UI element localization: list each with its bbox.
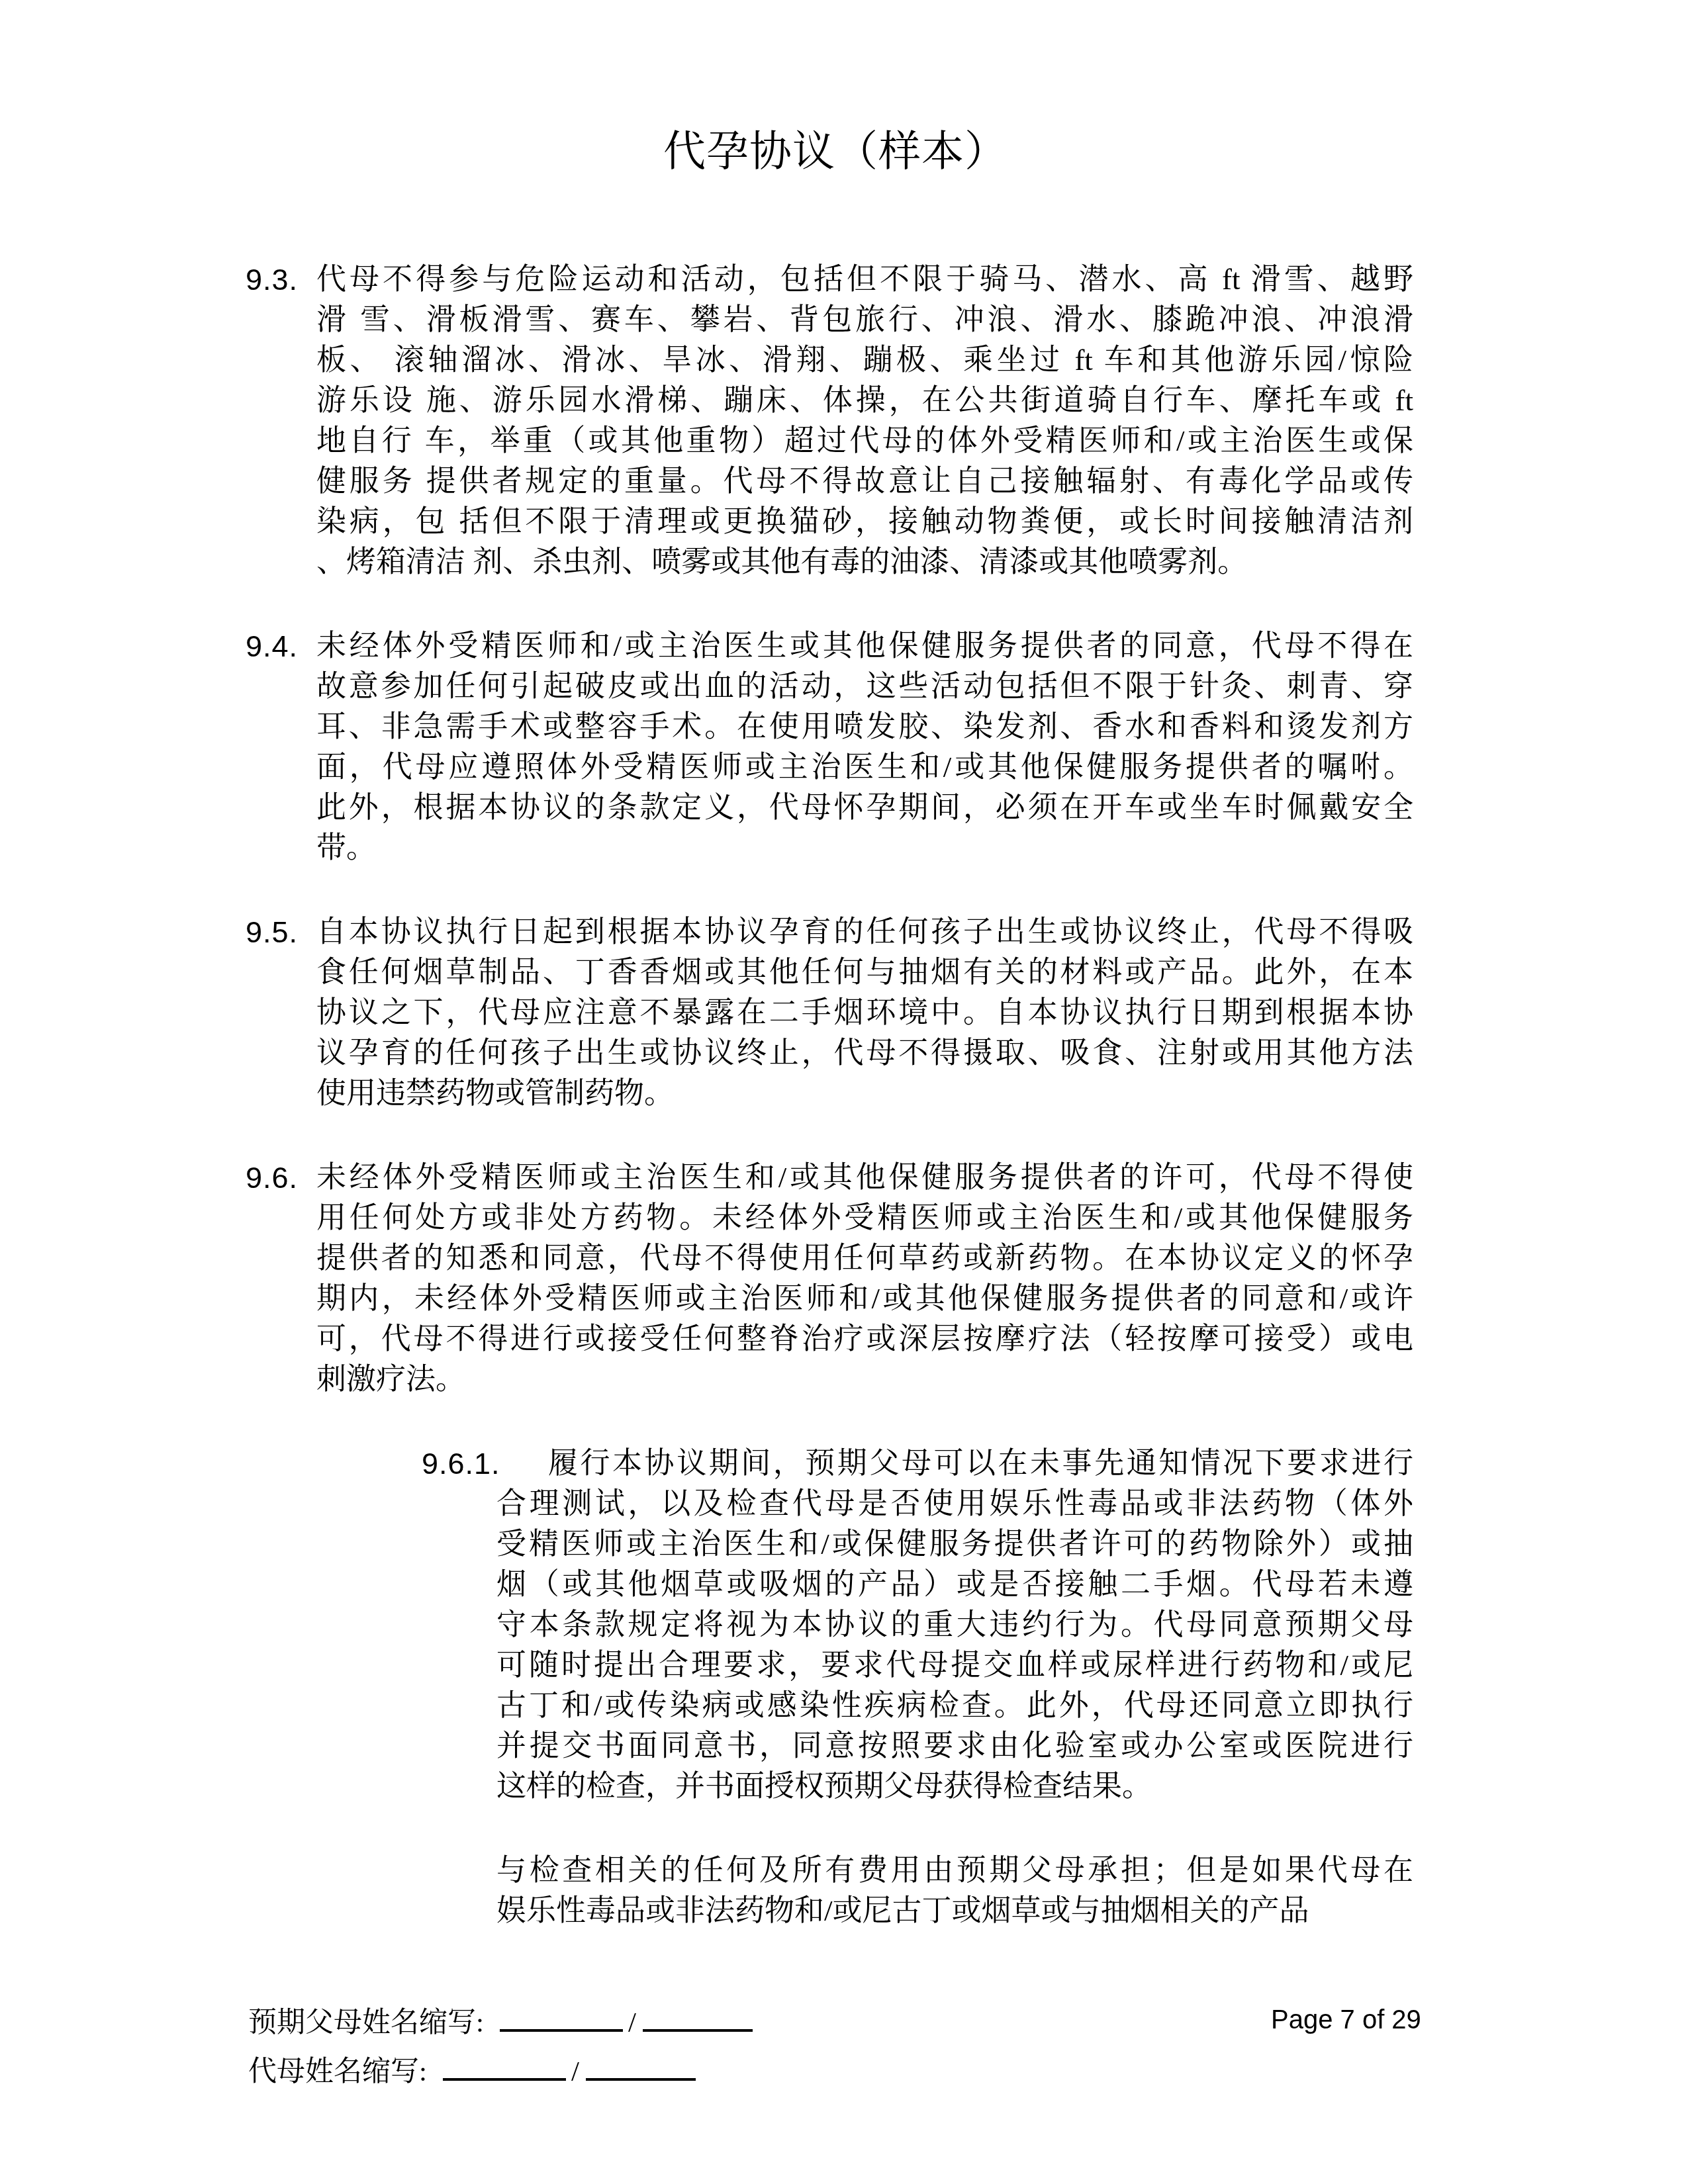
section-line: 用任何处方或非处方药物。未经体外受精医师或主治医生和/或其他保健服务 [316, 1198, 1413, 1238]
section-line: 健服务 提供者规定的重量。代母不得故意让自己接触辐射、有毒化学品或传 [316, 461, 1413, 502]
initials-blank [500, 2001, 623, 2032]
section-line: 期内，未经体外受精医师或主治医师和/或其他保健服务提供者的同意和/或许 [316, 1279, 1413, 1319]
section-line: 烟（或其他烟草或吸烟的产品）或是否接触二手烟。代母若未遵 [496, 1565, 1413, 1605]
section-number: 9.5. [246, 912, 298, 952]
section-line: 未经体外受精医师和/或主治医生或其他保健服务提供者的同意，代母不得在 [316, 626, 1413, 666]
section-number: 9.6.1. [422, 1443, 500, 1484]
section-line: 这样的检查，并书面授权预期父母获得检查结果。 [496, 1766, 1413, 1807]
footer-surrogate-initials: 代母姓名缩写:/ [248, 2050, 696, 2089]
section-9.5: 9.5.自本协议执行日起到根据本协议孕育的任何孩子出生或协议终止，代母不得吸食任… [316, 912, 1413, 1114]
section-9.6: 9.6.未经体外受精医师或主治医生和/或其他保健服务提供者的许可，代母不得使用任… [316, 1158, 1413, 1400]
section-line: 可，代母不得进行或接受任何整脊治疗或深层按摩疗法（轻按摩可接受）或电 [316, 1319, 1413, 1359]
section-line: 板、 滚轴溜冰、滑冰、旱冰、滑翔、蹦极、乘坐过 ft 车和其他游乐园/惊险 [316, 340, 1413, 381]
section-line: 受精医师或主治医生和/或保健服务提供者许可的药物除外）或抽 [496, 1524, 1413, 1565]
section-line: 并提交书面同意书，同意按照要求由化验室或办公室或医院进行 [496, 1726, 1413, 1766]
section-line: 可随时提出合理要求，要求代母提交血样或尿样进行药物和/或尼 [496, 1645, 1413, 1686]
intended-parents-initials-label: 预期父母姓名缩写: [248, 2007, 484, 2038]
clauses-container: 9.3.代母不得参与危险运动和活动，包括但不限于骑马、潜水、高 ft 滑雪、越野… [316, 259, 1413, 1975]
document-page: 代孕协议（样本） 9.3.代母不得参与危险运动和活动，包括但不限于骑马、潜水、高… [0, 0, 1688, 2184]
section-line: 与检查相关的任何及所有费用由预期父母承担；但是如果代母在 [496, 1850, 1413, 1891]
surrogate-initials-label: 代母姓名缩写: [248, 2056, 427, 2087]
section-line: 食任何烟草制品、丁香香烟或其他任何与抽烟有关的材料或产品。此外，在本 [316, 952, 1413, 993]
section-line: 协议之下，代母应注意不暴露在二手烟环境中。自本协议执行日期到根据本协 [316, 993, 1413, 1033]
initials-separator: / [628, 2007, 636, 2038]
section-line: 耳、非急需手术或整容手术。在使用喷发胶、染发剂、香水和香料和烫发剂方 [316, 707, 1413, 747]
section-line: 代母不得参与危险运动和活动，包括但不限于骑马、潜水、高 ft 滑雪、越野 [316, 259, 1413, 300]
section-line: 带。 [316, 828, 1413, 868]
section-line: 娱乐性毒品或非法药物和/或尼古丁或烟草或与抽烟相关的产品 [496, 1891, 1413, 1931]
section-9.3: 9.3.代母不得参与危险运动和活动，包括但不限于骑马、潜水、高 ft 滑雪、越野… [316, 259, 1413, 582]
section-line: 刺激疗法。 [316, 1359, 1413, 1400]
section-line: 未经体外受精医师或主治医生和/或其他保健服务提供者的许可，代母不得使 [316, 1158, 1413, 1198]
section-line: 合理测试，以及检查代母是否使用娱乐性毒品或非法药物（体外 [496, 1484, 1413, 1524]
section-line: 古丁和/或传染病或感染性疾病检查。此外，代母还同意立即执行 [496, 1686, 1413, 1726]
section-line: 提供者的知悉和同意，代母不得使用任何草药或新药物。在本协议定义的怀孕 [316, 1238, 1413, 1279]
section-9.4: 9.4.未经体外受精医师和/或主治医生或其他保健服务提供者的同意，代母不得在故意… [316, 626, 1413, 868]
section-line: 议孕育的任何孩子出生或协议终止，代母不得摄取、吸食、注射或用其他方法 [316, 1033, 1413, 1073]
initials-separator: / [571, 2056, 579, 2087]
section-number: 9.6. [246, 1158, 298, 1198]
section-line: 、烤箱清洁 剂、杀虫剂、喷雾或其他有毒的油漆、清漆或其他喷雾剂。 [316, 542, 1413, 582]
section-line: 守本条款规定将视为本协议的重大违约行为。代母同意预期父母 [496, 1605, 1413, 1645]
section-line: 故意参加任何引起破皮或出血的活动，这些活动包括但不限于针灸、刺青、穿 [316, 666, 1413, 707]
initials-blank [443, 2050, 566, 2081]
section-line: 染病，包 括但不限于清理或更换猫砂，接触动物粪便，或长时间接触清洁剂 [316, 502, 1413, 542]
section-9.6.1: 9.6.1.履行本协议期间，预期父母可以在未事先通知情况下要求进行合理测试，以及… [496, 1443, 1413, 1807]
page-number: Page 7 of 29 [1271, 2005, 1421, 2035]
section-line: 滑 雪、滑板滑雪、赛车、攀岩、背包旅行、冲浪、滑水、膝跪冲浪、冲浪滑 [316, 300, 1413, 340]
section-number: 9.3. [246, 259, 298, 300]
initials-blank [586, 2050, 696, 2081]
section-line: 此外，根据本协议的条款定义，代母怀孕期间，必须在开车或坐车时佩戴安全 [316, 788, 1413, 828]
section-line: 使用违禁药物或管制药物。 [316, 1073, 1413, 1114]
section-line: 面，代母应遵照体外受精医师或主治医生和/或其他保健服务提供者的嘱咐。 [316, 747, 1413, 788]
section-line: 自本协议执行日起到根据本协议孕育的任何孩子出生或协议终止，代母不得吸 [316, 912, 1413, 952]
section-unnumbered: 与检查相关的任何及所有费用由预期父母承担；但是如果代母在娱乐性毒品或非法药物和/… [496, 1850, 1413, 1931]
document-title: 代孕协议（样本） [663, 127, 1008, 176]
footer-intended-parents-initials: 预期父母姓名缩写:/ [248, 2001, 753, 2040]
section-line: 地自行 车，举重（或其他重物）超过代母的体外受精医师和/或主治医生或保 [316, 421, 1413, 461]
initials-blank [643, 2001, 753, 2032]
section-number: 9.4. [246, 626, 298, 666]
section-line: 游乐设 施、游乐园水滑梯、蹦床、体操，在公共街道骑自行车、摩托车或 ft [316, 381, 1413, 421]
section-line: 履行本协议期间，预期父母可以在未事先通知情况下要求进行 [496, 1443, 1413, 1484]
